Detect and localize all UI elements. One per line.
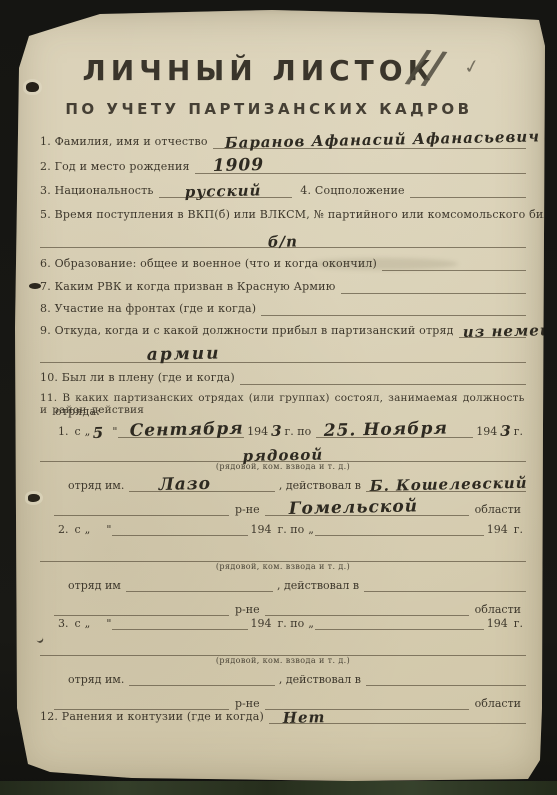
- entry-1-district-lead-line: [54, 502, 229, 516]
- entry-1-acted-line: Б. Кошелевский: [366, 478, 526, 492]
- entry-3-acted-line: [366, 672, 526, 686]
- field-12-line: Нет: [269, 710, 526, 724]
- field-9-line: из немецкой: [459, 324, 526, 338]
- entry-2-open-quote: „: [84, 523, 92, 536]
- entry-3-oblast-label: области: [469, 697, 526, 710]
- field-2-line: 1909: [195, 160, 526, 174]
- field-3-line: русский: [159, 184, 293, 198]
- field-9-handwritten-value-line2: армии: [146, 345, 220, 366]
- scan-background-bottom-band: [0, 781, 557, 795]
- entry-1-district-line: Гомельской: [265, 502, 469, 516]
- entry-2-year2-suffix: г.: [511, 523, 526, 536]
- field-6-row: 6. Образование: общее и военное (что и к…: [40, 257, 526, 271]
- field-9-label: 9. Откуда, когда и с какой должности при…: [40, 325, 459, 338]
- field-3-label: 3. Национальность: [40, 185, 159, 198]
- entry-2-todate-line: [315, 522, 484, 536]
- service-entry-3: 3. с „ " 194 г. по „ 194 г.: [40, 616, 526, 716]
- field-5-label: 5. Время поступления в ВКП(б) или ВЛКСМ,…: [40, 209, 557, 222]
- entry-2-to-label: г. по: [275, 523, 308, 536]
- entry-1-month-line: Сентября: [118, 424, 244, 438]
- entry-2-unit-line: [126, 578, 273, 592]
- entry-2-district-lead-line: [54, 602, 229, 616]
- entry-2-to-quote: „: [307, 523, 315, 536]
- form-subtitle: ПО УЧЕТУ ПАРТИЗАНСКИХ КАДРОВ: [12, 100, 526, 118]
- entry-1-todate-line: 25. Ноября: [316, 424, 473, 438]
- field-10-line: [240, 371, 526, 385]
- entry-3-date-row: 3. с „ " 194 г. по „ 194 г.: [40, 616, 526, 630]
- field-12-label: 12. Ранения и контузии (где и когда): [40, 711, 269, 724]
- field-11-label-line2: отряда:: [55, 406, 100, 419]
- field-6-line: [382, 257, 526, 271]
- entry-2-close-quote: ": [105, 523, 112, 536]
- entry-2-rank-row: [40, 548, 526, 562]
- field-9-line-full: армии: [40, 349, 526, 363]
- field-7-row: 7. Каким РВК и когда призван в Красную А…: [40, 280, 526, 294]
- scanned-document-page: { "doc": { "title": "ЛИЧНЫЙ ЛИСТОК", "su…: [0, 0, 557, 795]
- field-2-label: 2. Год и место рождения: [40, 161, 195, 174]
- entry-3-rank-line: [40, 642, 526, 656]
- entry-1-year2-suffix: г.: [511, 425, 526, 438]
- field-7-label: 7. Каким РВК и когда призван в Красную А…: [40, 281, 341, 294]
- punch-hole-middle: [28, 494, 40, 502]
- entry-1-handwritten-unit: Лазо: [159, 474, 212, 495]
- entry-1-date-row: 1. с „ 5 " Сентября 194 3 г. по 25. Нояб…: [40, 422, 526, 438]
- entry-1-oblast-label: области: [469, 503, 526, 516]
- service-entry-1: 1. с „ 5 " Сентября 194 3 г. по 25. Нояб…: [40, 422, 526, 522]
- entry-3-district-row: р-не области: [40, 696, 526, 710]
- entry-2-month-line: [112, 522, 247, 536]
- field-4-label: 4. Соцположение: [292, 185, 409, 198]
- entry-1-rank-hint-row: (рядовой, ком. взвода и т. д.): [40, 462, 526, 471]
- handwritten-slash-mark: //: [407, 40, 444, 94]
- entry-1-open-quote: „: [84, 425, 92, 438]
- entry-1-handwritten-day: 5: [93, 424, 105, 442]
- entry-3-to-label: г. по: [275, 617, 308, 630]
- field-11-row-line2: отряда:: [40, 406, 526, 419]
- entry-1-year1-printed: 194: [244, 425, 271, 438]
- field-9-handwritten-value-line1: из немецкой: [462, 321, 557, 341]
- entry-1-unit-row: отряд им. Лазо , действовал в Б. Кошелев…: [40, 478, 526, 492]
- entry-1-handwritten-acted: Б. Кошелевский: [370, 474, 528, 495]
- field-1-row: 1. Фамилия, имя и отчество Баранов Афана…: [40, 135, 526, 149]
- field-4-line: [410, 184, 526, 198]
- entry-2-number: 2.: [55, 523, 72, 536]
- service-entry-2: 2. с „ " 194 г. по „ 194 г.: [40, 522, 526, 622]
- entry-1-handwritten-month: Сентября: [130, 419, 244, 441]
- entry-1-close-quote: ": [111, 425, 118, 438]
- entry-2-oblast-label: области: [469, 603, 526, 616]
- entry-2-unit-row: отряд им , действовал в: [40, 578, 526, 592]
- field-10-row: 10. Был ли в плену (где и когда): [40, 371, 526, 385]
- field-3-4-row: 3. Национальность русский 4. Соцположени…: [40, 184, 526, 198]
- entry-1-number: 1.: [55, 425, 72, 438]
- entry-3-acted-label: , действовал в: [275, 673, 366, 686]
- entry-3-unit-label: отряд им.: [68, 673, 129, 686]
- form-paper-sheet: ЛИЧНЫЙ ЛИСТОК ПО УЧЕТУ ПАРТИЗАНСКИХ КАДР…: [12, 8, 546, 782]
- entry-3-district-label: р-не: [229, 697, 265, 710]
- punch-hole-top: [26, 82, 39, 92]
- field-5-line-full: б/п: [40, 234, 526, 248]
- entry-3-unit-line: [129, 672, 275, 686]
- entry-1-handwritten-todate: 25. Ноября: [324, 418, 449, 441]
- entry-1-unit-line: Лазо: [129, 478, 275, 492]
- entry-3-from-label: с: [72, 617, 84, 630]
- entry-1-rank-row: рядовой: [40, 448, 526, 462]
- entry-1-rank-hint: (рядовой, ком. взвода и т. д.): [216, 462, 350, 471]
- entry-2-district-line: [265, 602, 469, 616]
- entry-2-day-slot: [91, 523, 105, 536]
- entry-3-unit-row: отряд им. , действовал в: [40, 672, 526, 686]
- entry-2-year2-printed: 194: [484, 523, 511, 536]
- entry-2-acted-label: , действовал в: [273, 579, 364, 592]
- entry-3-district-lead-line: [54, 696, 229, 710]
- entry-3-open-quote: „: [84, 617, 92, 630]
- entry-3-year2-printed: 194: [484, 617, 511, 630]
- entry-2-rank-hint: (рядовой, ком. взвода и т. д.): [216, 562, 350, 571]
- field-10-label: 10. Был ли в плену (где и когда): [40, 372, 240, 385]
- field-7-line: [341, 280, 527, 294]
- entry-1-rank-line: рядовой: [40, 448, 526, 462]
- field-9-row: 9. Откуда, когда и с какой должности при…: [40, 324, 526, 338]
- entry-1-district-label: р-не: [229, 503, 265, 516]
- field-6-label: 6. Образование: общее и военное (что и к…: [40, 258, 382, 271]
- field-8-row: 8. Участие на фронтах (где и когда): [40, 302, 526, 316]
- entry-1-year2-handwritten-digit: 3: [500, 422, 510, 440]
- entry-3-to-quote: „: [307, 617, 315, 630]
- entry-3-close-quote: ": [105, 617, 112, 630]
- field-2-row: 2. Год и место рождения 1909: [40, 160, 526, 174]
- entry-3-rank-hint-row: (рядовой, ком. взвода и т. д.): [40, 656, 526, 665]
- field-2-handwritten-value: 1909: [212, 156, 264, 177]
- entry-3-month-line: [112, 616, 247, 630]
- entry-2-rank-hint-row: (рядовой, ком. взвода и т. д.): [40, 562, 526, 571]
- field-1-line: Баранов Афанасий Афанасьевич: [213, 135, 526, 149]
- field-12-handwritten-value: Нет: [283, 709, 326, 727]
- entry-1-to-label: г. по: [282, 425, 315, 438]
- entry-2-district-row: р-не области: [40, 602, 526, 616]
- entry-3-year2-suffix: г.: [511, 617, 526, 630]
- entry-2-rank-line: [40, 548, 526, 562]
- entry-1-district-row: р-не Гомельской области: [40, 502, 526, 516]
- entry-1-unit-label: отряд им.: [68, 479, 129, 492]
- entry-1-year2-printed: 194: [473, 425, 500, 438]
- entry-3-rank-hint: (рядовой, ком. взвода и т. д.): [216, 656, 350, 665]
- entry-1-from-label: с: [72, 425, 84, 438]
- entry-3-number: 3.: [55, 617, 72, 630]
- entry-3-rank-row: [40, 642, 526, 656]
- field-5-handwritten-value: б/п: [268, 233, 299, 251]
- entry-1-day-slot: 5: [91, 425, 111, 438]
- entry-3-year1-printed: 194: [248, 617, 275, 630]
- field-1-label: 1. Фамилия, имя и отчество: [40, 136, 213, 149]
- entry-1-year1-handwritten-digit: 3: [271, 422, 281, 440]
- field-12-row: 12. Ранения и контузии (где и когда) Нет: [40, 710, 526, 724]
- entry-3-todate-line: [315, 616, 484, 630]
- entry-1-acted-label: , действовал в: [275, 479, 366, 492]
- entry-2-district-label: р-не: [229, 603, 265, 616]
- entry-2-unit-label: отряд им: [68, 579, 126, 592]
- field-3-handwritten-value: русский: [184, 182, 261, 201]
- entry-2-from-label: с: [72, 523, 84, 536]
- field-8-label: 8. Участие на фронтах (где и когда): [40, 303, 261, 316]
- field-1-handwritten-value: Баранов Афанасий Афанасьевич: [224, 128, 540, 152]
- field-5-continuation-row: б/п: [40, 234, 526, 248]
- entry-1-handwritten-district: Гомельской: [288, 496, 418, 519]
- entry-2-acted-line: [364, 578, 526, 592]
- entry-2-date-row: 2. с „ " 194 г. по „ 194 г.: [40, 522, 526, 536]
- field-5-row: 5. Время поступления в ВКП(б) или ВЛКСМ,…: [40, 208, 526, 222]
- field-8-line: [261, 302, 526, 316]
- entry-2-year1-printed: 194: [248, 523, 275, 536]
- field-9-continuation-row: армии: [40, 349, 526, 363]
- entry-3-day-slot: [91, 617, 105, 630]
